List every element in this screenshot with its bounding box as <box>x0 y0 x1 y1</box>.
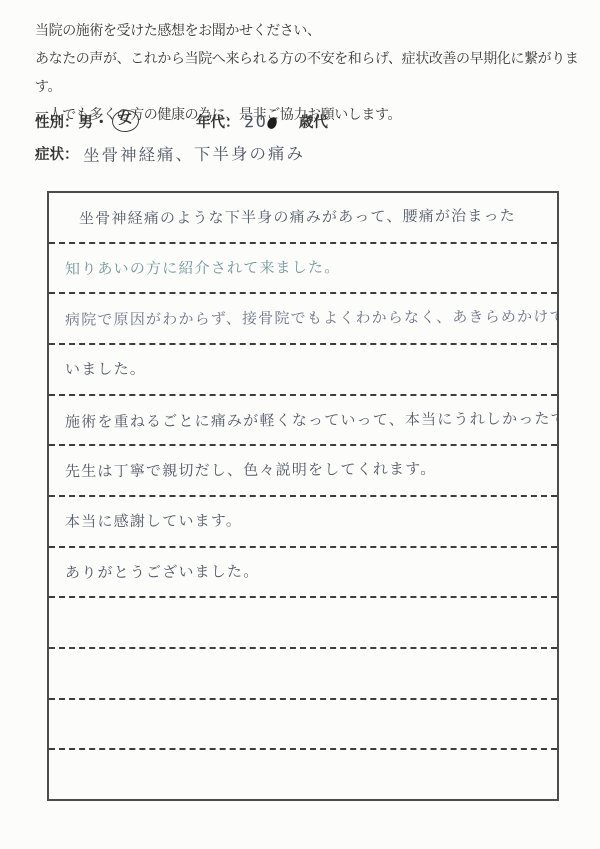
feedback-box: 坐骨神経痛のような下半身の痛みがあって、腰痛が治まった知りあいの方に紹介されて来… <box>47 191 559 801</box>
feedback-line-11 <box>49 700 557 751</box>
gender-age-row: 性別： 男 ・ 女 年代： 20 歳代 <box>35 105 591 137</box>
feedback-line-4: いました。 <box>49 345 557 396</box>
feedback-line-5: 施術を重ねるごとに痛みが軽くなっていって、本当にうれしかったです。 <box>49 396 557 447</box>
symptom-row: 症状： 坐骨神経痛、下半身の痛み <box>35 137 591 169</box>
gender-label: 性別： <box>35 111 79 132</box>
feedback-line-9 <box>49 598 557 649</box>
age-value-handwritten: 20 <box>243 111 267 131</box>
age-label: 年代： <box>196 111 240 132</box>
feedback-line-text: 知りあいの方に紹介されて来ました。 <box>65 256 341 279</box>
feedback-line-6: 先生は丁寧で親切だし、色々説明をしてくれます。 <box>49 446 557 497</box>
feedback-line-7: 本当に感謝しています。 <box>49 497 557 548</box>
feedback-line-text: 先生は丁寧で親切だし、色々説明をしてくれます。 <box>65 458 437 482</box>
feedback-line-10 <box>49 649 557 700</box>
symptom-value-handwritten: 坐骨神経痛、下半身の痛み <box>82 140 304 166</box>
feedback-line-text: 坐骨神経痛のような下半身の痛みがあって、腰痛が治まった <box>79 204 516 228</box>
profile-section: 性別： 男 ・ 女 年代： 20 歳代 症状： 坐骨神経痛、下半身の痛み <box>35 105 591 169</box>
feedback-line-text: いました。 <box>65 358 146 380</box>
age-suffix-label: 歳代 <box>299 111 328 132</box>
feedback-line-text: 病院で原因がわからず、接骨院でもよくわからなく、あきらめかけて <box>65 305 557 329</box>
feedback-line-text: 本当に感謝しています。 <box>65 509 242 531</box>
symptom-label: 症状： <box>35 143 79 164</box>
feedback-line-2: 知りあいの方に紹介されて来ました。 <box>49 244 557 295</box>
gender-option-male: 男 <box>79 111 94 132</box>
feedback-line-12 <box>49 750 557 799</box>
gender-option-female-circled: 女 <box>110 109 139 133</box>
feedback-line-3: 病院で原因がわからず、接骨院でもよくわからなく、あきらめかけて <box>49 294 557 345</box>
intro-line-2: あなたの声が、これから当院へ来られる方の不安を和らげ、症状改善の早期化に繋がりま… <box>35 44 591 100</box>
feedback-line-8: ありがとうございました。 <box>49 548 557 599</box>
feedback-line-text: 施術を重ねるごとに痛みが軽くなっていって、本当にうれしかったです。 <box>65 407 557 432</box>
intro-line-1: 当院の施術を受けた感想をお聞かせください、 <box>35 16 591 44</box>
feedback-line-text: ありがとうございました。 <box>65 560 260 582</box>
age-redaction-scribble-icon <box>266 116 277 130</box>
gender-separator: ・ <box>94 111 109 132</box>
feedback-line-1: 坐骨神経痛のような下半身の痛みがあって、腰痛が治まった <box>49 193 557 244</box>
